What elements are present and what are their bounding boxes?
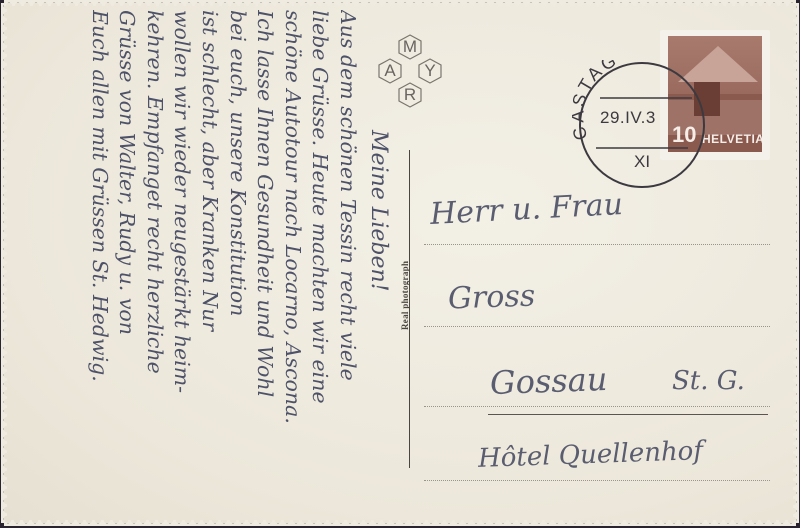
message-line: Ich lasse Ihnen Gesundheit und Wohl [251,10,279,520]
message-line: Aus dem schönen Tessin recht viele [333,10,361,520]
svg-text:CASTAG: CASTAG [572,60,622,142]
message-line: bei euch, unsere Konstitution [223,10,251,520]
handwritten-message: Meine Lieben! Aus dem schönen Tessin rec… [5,10,395,520]
real-photograph-label: Real photograph [400,261,410,330]
deckled-edge-bottom [4,520,796,526]
address-city: Gossau [489,360,608,402]
address-line-4-rule [424,480,770,481]
logo-hex-m: M [397,34,423,60]
address-line-2-rule [424,326,770,327]
postmark-code: XI [634,152,650,172]
address-underline [488,414,768,415]
address-canton: St. G. [672,366,745,396]
address-line-1-rule [424,244,770,245]
postmark-date: 29.IV.3 [600,108,656,128]
logo-hex-r: R [397,82,423,108]
address-name: Gross [447,278,535,316]
postmark-place: CASTAG [572,60,622,142]
message-line: Grüsse von Walter, Rudy u. von [113,10,141,520]
address-line-3-rule [424,406,770,407]
message-line: wollen wir wieder neugestärkt heim- [168,10,196,520]
message-line: ist schlecht, aber Kranken Nur [195,10,223,520]
logo-hex-y: Y [417,58,443,84]
message-line: liebe Grüsse. Heute machten wir eine [306,10,334,520]
postmark: CASTAG 29.IV.3 XI [572,60,712,190]
deckled-edge-top [4,0,796,6]
message-greeting: Meine Lieben! [361,10,395,520]
message-line: Euch allen mit Grüssen St. Hedwig. [85,10,113,520]
message-line: kehren. Empfanget recht herzliche [140,10,168,520]
message-line: schöne Autotour nach Locarno, Ascona. [278,10,306,520]
deckled-edge-right [793,3,799,523]
